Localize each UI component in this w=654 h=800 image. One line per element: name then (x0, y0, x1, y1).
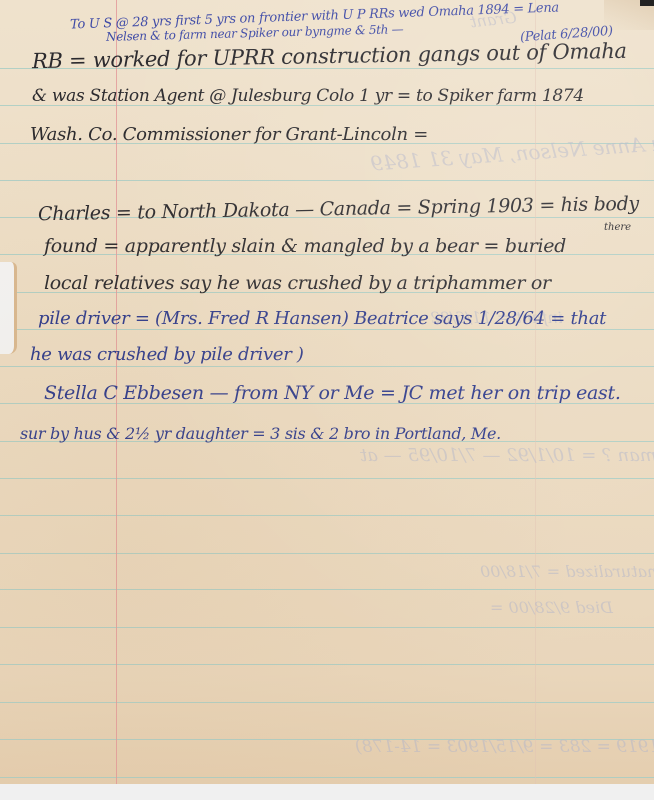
note-line: & was Station Agent @ Julesburg Colo 1 y… (32, 86, 584, 106)
superscript-note: there (604, 222, 631, 233)
note-line-ink: pile driver = (Mrs. Fred R Hansen) Beatr… (38, 308, 606, 329)
ruled-line (0, 664, 654, 665)
ruled-line (0, 553, 654, 554)
bleed-through-text: (1919 = 283 = 9/15/1903 = 14-178) (355, 737, 654, 757)
ruled-line (0, 180, 654, 181)
ruled-line (0, 329, 654, 330)
page-bottom-background (0, 784, 654, 800)
note-line: found = apparently slain & mangled by a … (44, 235, 566, 257)
paper-tear (0, 262, 17, 354)
note-line-ink: he was crushed by pile driver ) (30, 344, 304, 365)
bleed-through-text: Herman ? = 10/1/92 — 7/10/95 — at (360, 445, 654, 466)
corner-shadow (640, 0, 654, 6)
ruled-line (0, 627, 654, 628)
ruled-line (0, 366, 654, 367)
note-line-ink: sur by hus & 2½ yr daughter = 3 sis & 2 … (20, 424, 501, 443)
note-line: Charles = to North Dakota — Canada = Spr… (38, 193, 639, 225)
bleed-through-text: Died 9/28/00 = (490, 598, 613, 617)
ruled-line (0, 777, 654, 778)
note-line-ink: Stella C Ebbesen — from NY or Me = JC me… (44, 382, 621, 404)
bleed-through-text: RB naturalized = 7/18/00 (480, 562, 654, 581)
ruled-line (0, 589, 654, 590)
notebook-page: Grant Meta Anne Nelson, May 31 1849 infa… (0, 0, 654, 792)
ruled-line (0, 515, 654, 516)
ruled-line (0, 478, 654, 479)
ruled-line (0, 702, 654, 703)
note-line: local relatives say he was crushed by a … (44, 272, 551, 294)
note-line: Wash. Co. Commissioner for Grant-Lincoln… (30, 124, 428, 145)
